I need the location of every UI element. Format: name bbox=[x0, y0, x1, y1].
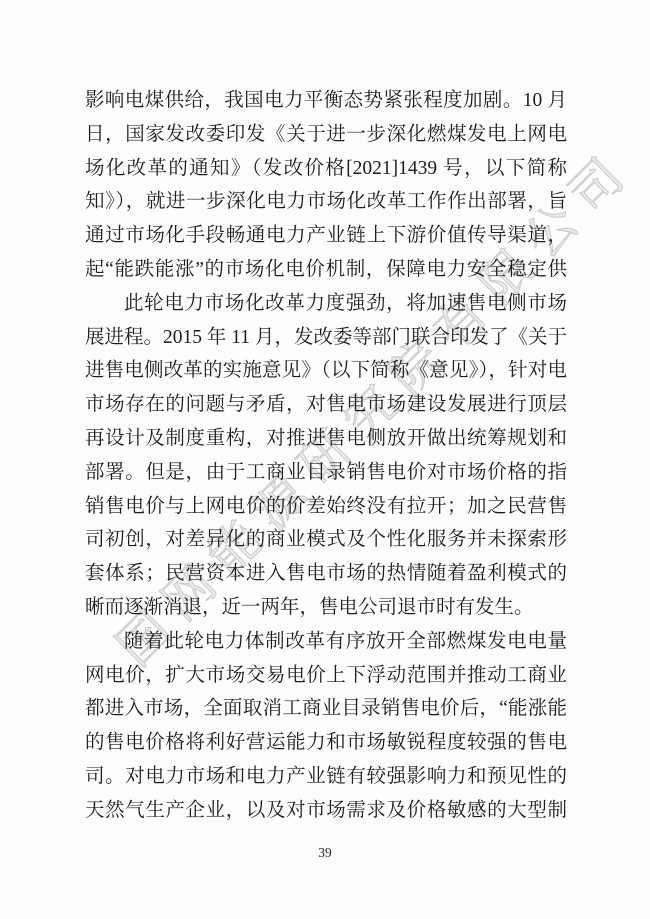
text-line: 套体系；民营资本进入售电市场的热情随着盈利模式的不清 bbox=[85, 557, 567, 591]
text-line: 随着此轮电力体制改革有序放开全部燃煤发电电量上 bbox=[85, 625, 567, 659]
text-line: 通过市场化手段畅通电力产业链上下游价值传导渠道，建立 bbox=[85, 219, 567, 253]
text-line: 市场存在的问题与矛盾，对售电市场建设发展进行顶层规划 bbox=[85, 388, 567, 422]
text-line: 网电价，扩大市场交易电价上下浮动范围并推动工商业用户 bbox=[85, 659, 567, 693]
page-number: 39 bbox=[0, 845, 650, 861]
text-block: 影响电煤供给，我国电力平衡态势紧张程度加剧。10 月 12 日，国家发改委印发《… bbox=[85, 84, 567, 828]
text-line: 部署。但是，由于工商业目录销售电价对市场价格的指导， bbox=[85, 456, 567, 490]
text-line: 司初创，对差异化的商业模式及个性化服务并未探索形成配 bbox=[85, 523, 567, 557]
text-line: 进售电侧改革的实施意见》（以下简称《意见》），针对电力 bbox=[85, 354, 567, 388]
text-line: 再设计及制度重构，对推进售电侧放开做出统筹规划和全面 bbox=[85, 422, 567, 456]
text-line: 都进入市场，全面取消工商业目录销售电价后，“能涨能跌” bbox=[85, 692, 567, 726]
text-line: 影响电煤供给，我国电力平衡态势紧张程度加剧。10 月 12 bbox=[85, 84, 567, 118]
text-line: 销售电价与上网电价的价差始终没有拉开；加之民营售电公 bbox=[85, 490, 567, 524]
text-line: 场化改革的通知》（发改价格[2021]1439 号，以下简称《通 bbox=[85, 152, 567, 186]
text-line: 的售电价格将利好营运能力和市场敏锐程度较强的售电公 bbox=[85, 726, 567, 760]
text-line: 起“能跌能涨”的市场化电价机制，保障电力安全稳定供应。 bbox=[85, 253, 567, 287]
text-line: 展进程。2015 年 11 月，发改委等部门联合印发了《关于推 bbox=[85, 321, 567, 355]
text-line: 知》），就进一步深化电力市场化改革工作作出部署，旨在 bbox=[85, 185, 567, 219]
document-page: 国网能源研究院有限公司 影响电煤供给，我国电力平衡态势紧张程度加剧。10 月 1… bbox=[0, 0, 650, 919]
text-line: 天然气生产企业，以及对市场需求及价格敏感的大型制造业、 bbox=[85, 794, 567, 828]
text-line: 此轮电力市场化改革力度强劲，将加速售电侧市场化发 bbox=[85, 287, 567, 321]
text-line: 司。对电力市场和电力产业链有较强影响力和预见性的煤炭、 bbox=[85, 760, 567, 794]
text-line: 晰而逐渐消退，近一两年，售电公司退市时有发生。 bbox=[85, 591, 567, 625]
text-line: 日，国家发改委印发《关于进一步深化燃煤发电上网电价市 bbox=[85, 118, 567, 152]
